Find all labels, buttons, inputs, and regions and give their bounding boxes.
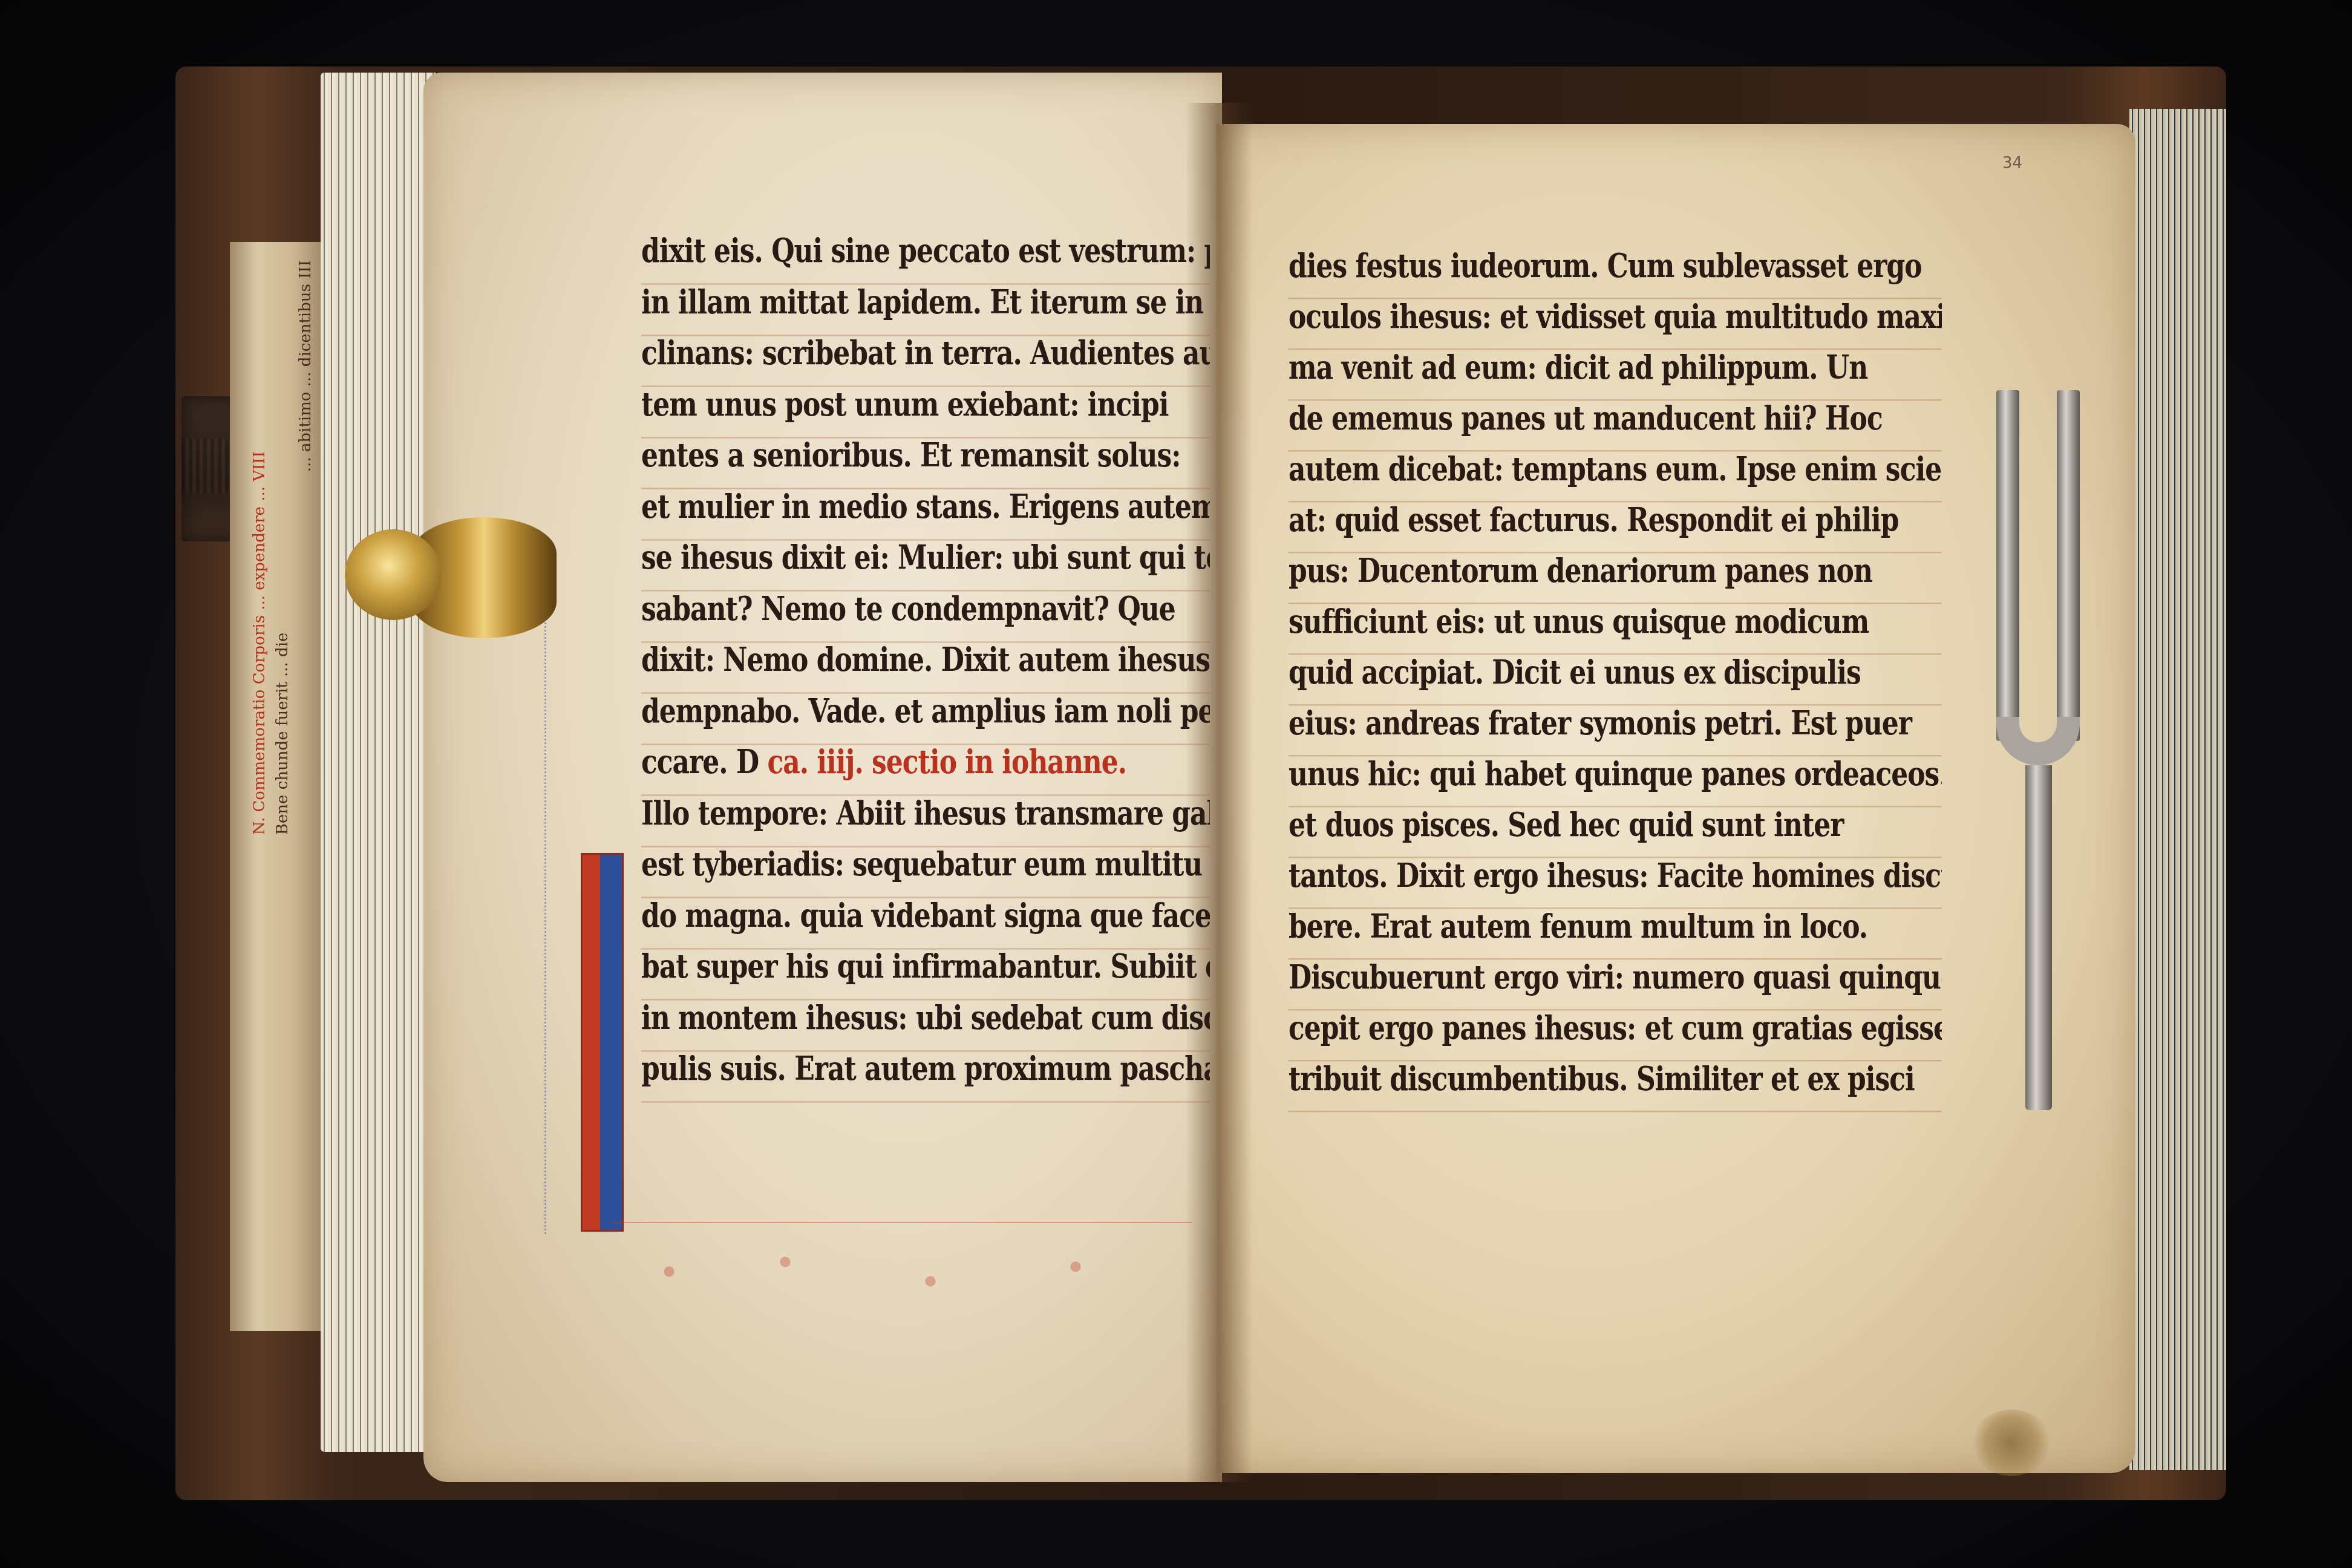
left-page-edges xyxy=(321,73,436,1452)
rubric: ca. iiij. sectio in iohanne. xyxy=(767,743,1126,782)
decorated-initial-i xyxy=(581,853,624,1232)
brass-weight xyxy=(345,517,557,638)
fragment-text: N. Commemoratio Corporis ... expendere .… xyxy=(248,260,321,835)
penwork-flourish-border xyxy=(611,1222,1192,1320)
right-text-column: dies festus iudeorum. Cum sublevasset er… xyxy=(1289,242,1942,1106)
left-text-column: dixit eis. Qui sine peccato est vestrum:… xyxy=(641,227,1210,1096)
text-line: tribuit discumbentibus. Similiter et ex … xyxy=(1289,1049,1942,1112)
tuning-fork xyxy=(1996,390,2081,1110)
right-page-edges xyxy=(2129,109,2226,1470)
manuscript-photo: N. Commemoratio Corporis ... expendere .… xyxy=(0,0,2352,1568)
penwork-flourish-vertical xyxy=(544,569,583,1234)
weight-knob xyxy=(345,529,442,620)
text-fragment: ccare. D xyxy=(641,743,759,782)
fragment-line: N. Commemoratio Corporis ... expendere .… xyxy=(248,260,271,835)
fork-bridge xyxy=(1996,717,2080,765)
fragment-line: Bene chunde fuerit ... die xyxy=(271,260,294,835)
fork-stem xyxy=(2025,765,2052,1110)
spine-parchment-fragment: N. Commemoratio Corporis ... expendere .… xyxy=(230,242,321,1331)
fragment-line: ... abitimo ... dicentibus III xyxy=(294,260,317,472)
fork-tine-left xyxy=(1996,390,2019,741)
parchment-stain xyxy=(1972,1410,2051,1476)
text-line: pulis suis. Erat autem proximum pascha: xyxy=(641,1038,1210,1102)
folio-number: 34 xyxy=(2002,154,2022,172)
fork-tine-right xyxy=(2057,390,2080,741)
